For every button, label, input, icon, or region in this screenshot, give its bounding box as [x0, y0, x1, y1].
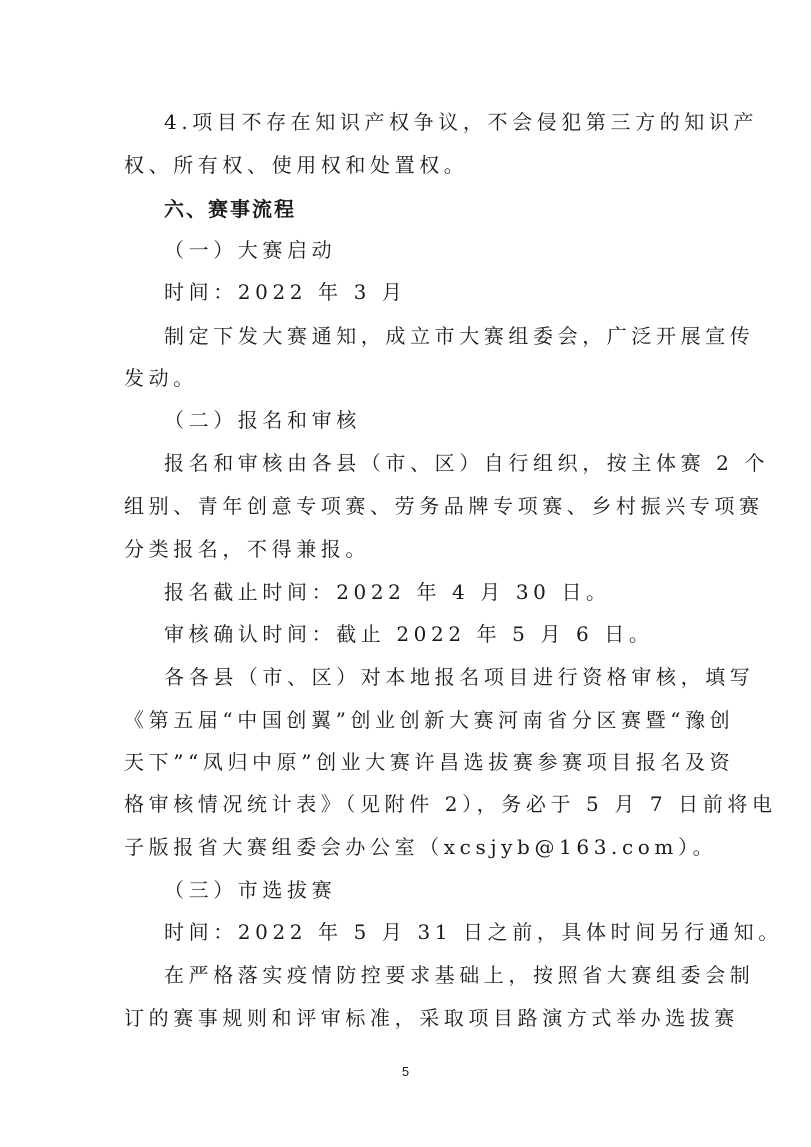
paragraph-line: 报名和审核由各县（市、区）自行组织，按主体赛 2 个: [164, 451, 764, 475]
paragraph-line: 分类报名，不得兼报。: [124, 537, 724, 561]
paragraph-line: 各各县（市、区）对本地报名项目进行资格审核，填写: [164, 665, 764, 689]
paragraph-line: 子版报省大赛组委会办公室（xcsjyb@163.com）。: [124, 835, 724, 859]
paragraph-line: 天下”“凤归中原”创业大赛许昌选拔赛参赛项目报名及资: [124, 750, 724, 774]
section-heading: 六、赛事流程: [164, 197, 764, 221]
paragraph-line: 4.项目不存在知识产权争议，不会侵犯第三方的知识产: [164, 110, 764, 134]
paragraph-line: 订的赛事规则和评审标准，采取项目路演方式举办选拔赛: [124, 1006, 724, 1030]
paragraph-line: 《第五届“中国创翼”创业创新大赛河南省分区赛暨“豫创: [124, 708, 724, 732]
paragraph-line: 组别、青年创意专项赛、劳务品牌专项赛、乡村振兴专项赛: [124, 494, 724, 518]
paragraph-line: 权、所有权、使用权和处置权。: [124, 153, 724, 177]
page-number: 5: [0, 1064, 811, 1079]
paragraph-line: 制定下发大赛通知，成立市大赛组委会，广泛开展宣传: [164, 324, 764, 348]
paragraph-line: 时间：2022 年 3 月: [164, 280, 764, 304]
subsection-heading: （三）市选拔赛: [164, 878, 764, 902]
subsection-heading: （一）大赛启动: [164, 238, 764, 262]
paragraph-line: 审核确认时间：截止 2022 年 5 月 6 日。: [164, 622, 764, 646]
paragraph-line: 时间：2022 年 5 月 31 日之前，具体时间另行通知。: [164, 920, 764, 944]
paragraph-line: 在严格落实疫情防控要求基础上，按照省大赛组委会制: [164, 963, 764, 987]
subsection-heading: （二）报名和审核: [164, 408, 764, 432]
paragraph-line: 报名截止时间：2022 年 4 月 30 日。: [164, 580, 764, 604]
document-page: 4.项目不存在知识产权争议，不会侵犯第三方的知识产 权、所有权、使用权和处置权。…: [0, 0, 811, 1147]
paragraph-line: 发动。: [124, 366, 724, 390]
paragraph-line: 格审核情况统计表》（见附件 2），务必于 5 月 7 日前将电: [124, 792, 724, 816]
